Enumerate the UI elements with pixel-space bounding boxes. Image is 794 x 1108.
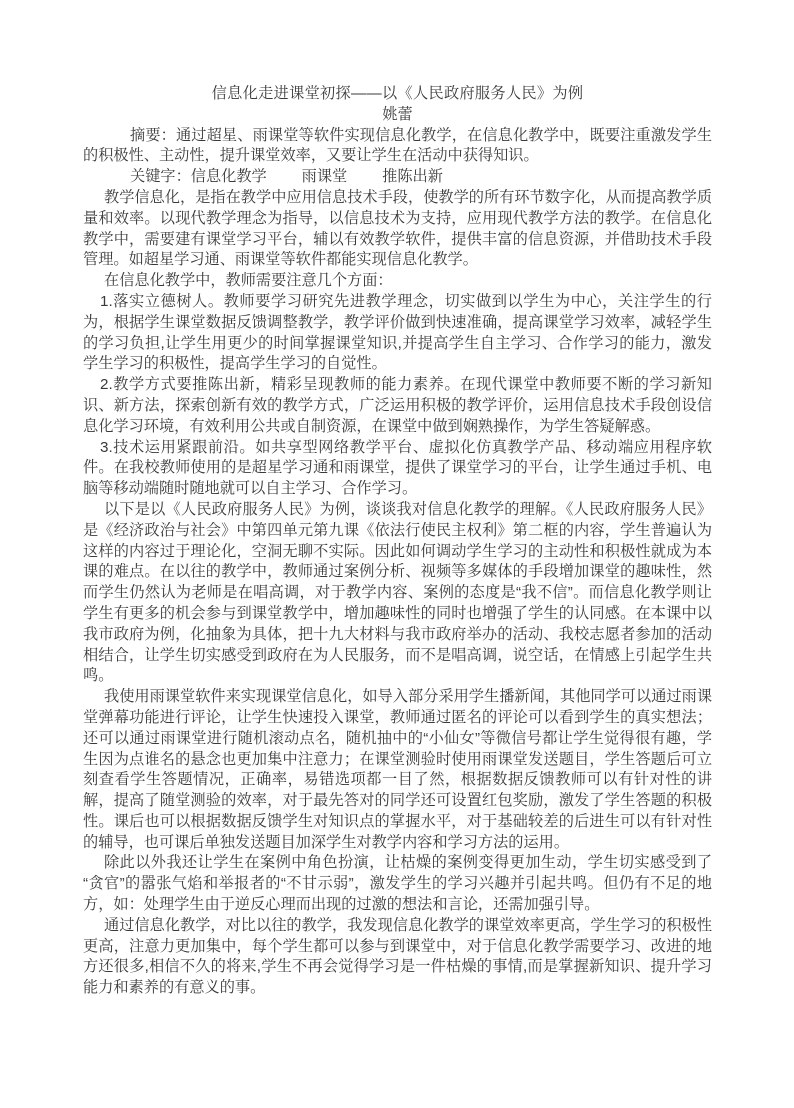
keyword-item: 雨课堂 [302, 168, 348, 185]
body-paragraph-6: 以下是以《人民政府服务人民》为例，谈谈我对信息化教学的理解。《人民政府服务人民》… [83, 500, 712, 687]
body-paragraph-1: 教学信息化，是指在教学中应用信息技术手段，使教学的所有环节数字化，从而提高教学质… [83, 188, 712, 271]
abstract-label: 摘要： [130, 127, 176, 144]
body-paragraph-9: 通过信息化教学，对比以往的教学，我发现信息化教学的课堂效率更高，学生学习的积极性… [83, 916, 712, 999]
document-page: 信息化走进课堂初探——以《人民政府服务人民》为例 姚蕾 摘要：通过超星、雨课堂等… [0, 0, 794, 1108]
abstract-text: 通过超星、雨课堂等软件实现信息化教学，在信息化教学中，既要注重激发学生的积极性、… [83, 127, 712, 165]
page-title: 信息化走进课堂初探——以《人民政府服务人民》为例 [83, 84, 712, 105]
keyword-item: 推陈出新 [382, 168, 443, 185]
body-paragraph-4-list-item-2: 2.教学方式要推陈出新，精彩呈现教师的能力素养。在现代课堂中教师要不断的学习新知… [83, 375, 712, 437]
body-paragraph-3-list-item-1: 1.落实立德树人。教师要学习研究先进教学理念，切实做到以学生为中心，关注学生的行… [83, 292, 712, 375]
body-paragraph-7: 我使用雨课堂软件来实现课堂信息化，如导入部分采用学生播新闻，其他同学可以通过雨课… [83, 687, 712, 853]
body-paragraph-5-list-item-3: 3.技术运用紧跟前沿。如共享型网络教学平台、虚拟化仿真教学产品、移动端应用程序软… [83, 438, 712, 500]
body-paragraph-2: 在信息化教学中，教师需要注意几个方面： [83, 271, 712, 292]
keyword-item: 信息化教学 [191, 168, 267, 185]
keywords-line: 关键字：信息化教学雨课堂推陈出新 [83, 167, 712, 188]
keywords-label: 关键字： [130, 168, 191, 185]
body-paragraph-8: 除此以外我还让学生在案例中角色扮演，让枯燥的案例变得更加生动，学生切实感受到了“… [83, 853, 712, 915]
author-name: 姚蕾 [83, 105, 712, 126]
abstract-paragraph: 摘要：通过超星、雨课堂等软件实现信息化教学，在信息化教学中，既要注重激发学生的积… [83, 126, 712, 168]
